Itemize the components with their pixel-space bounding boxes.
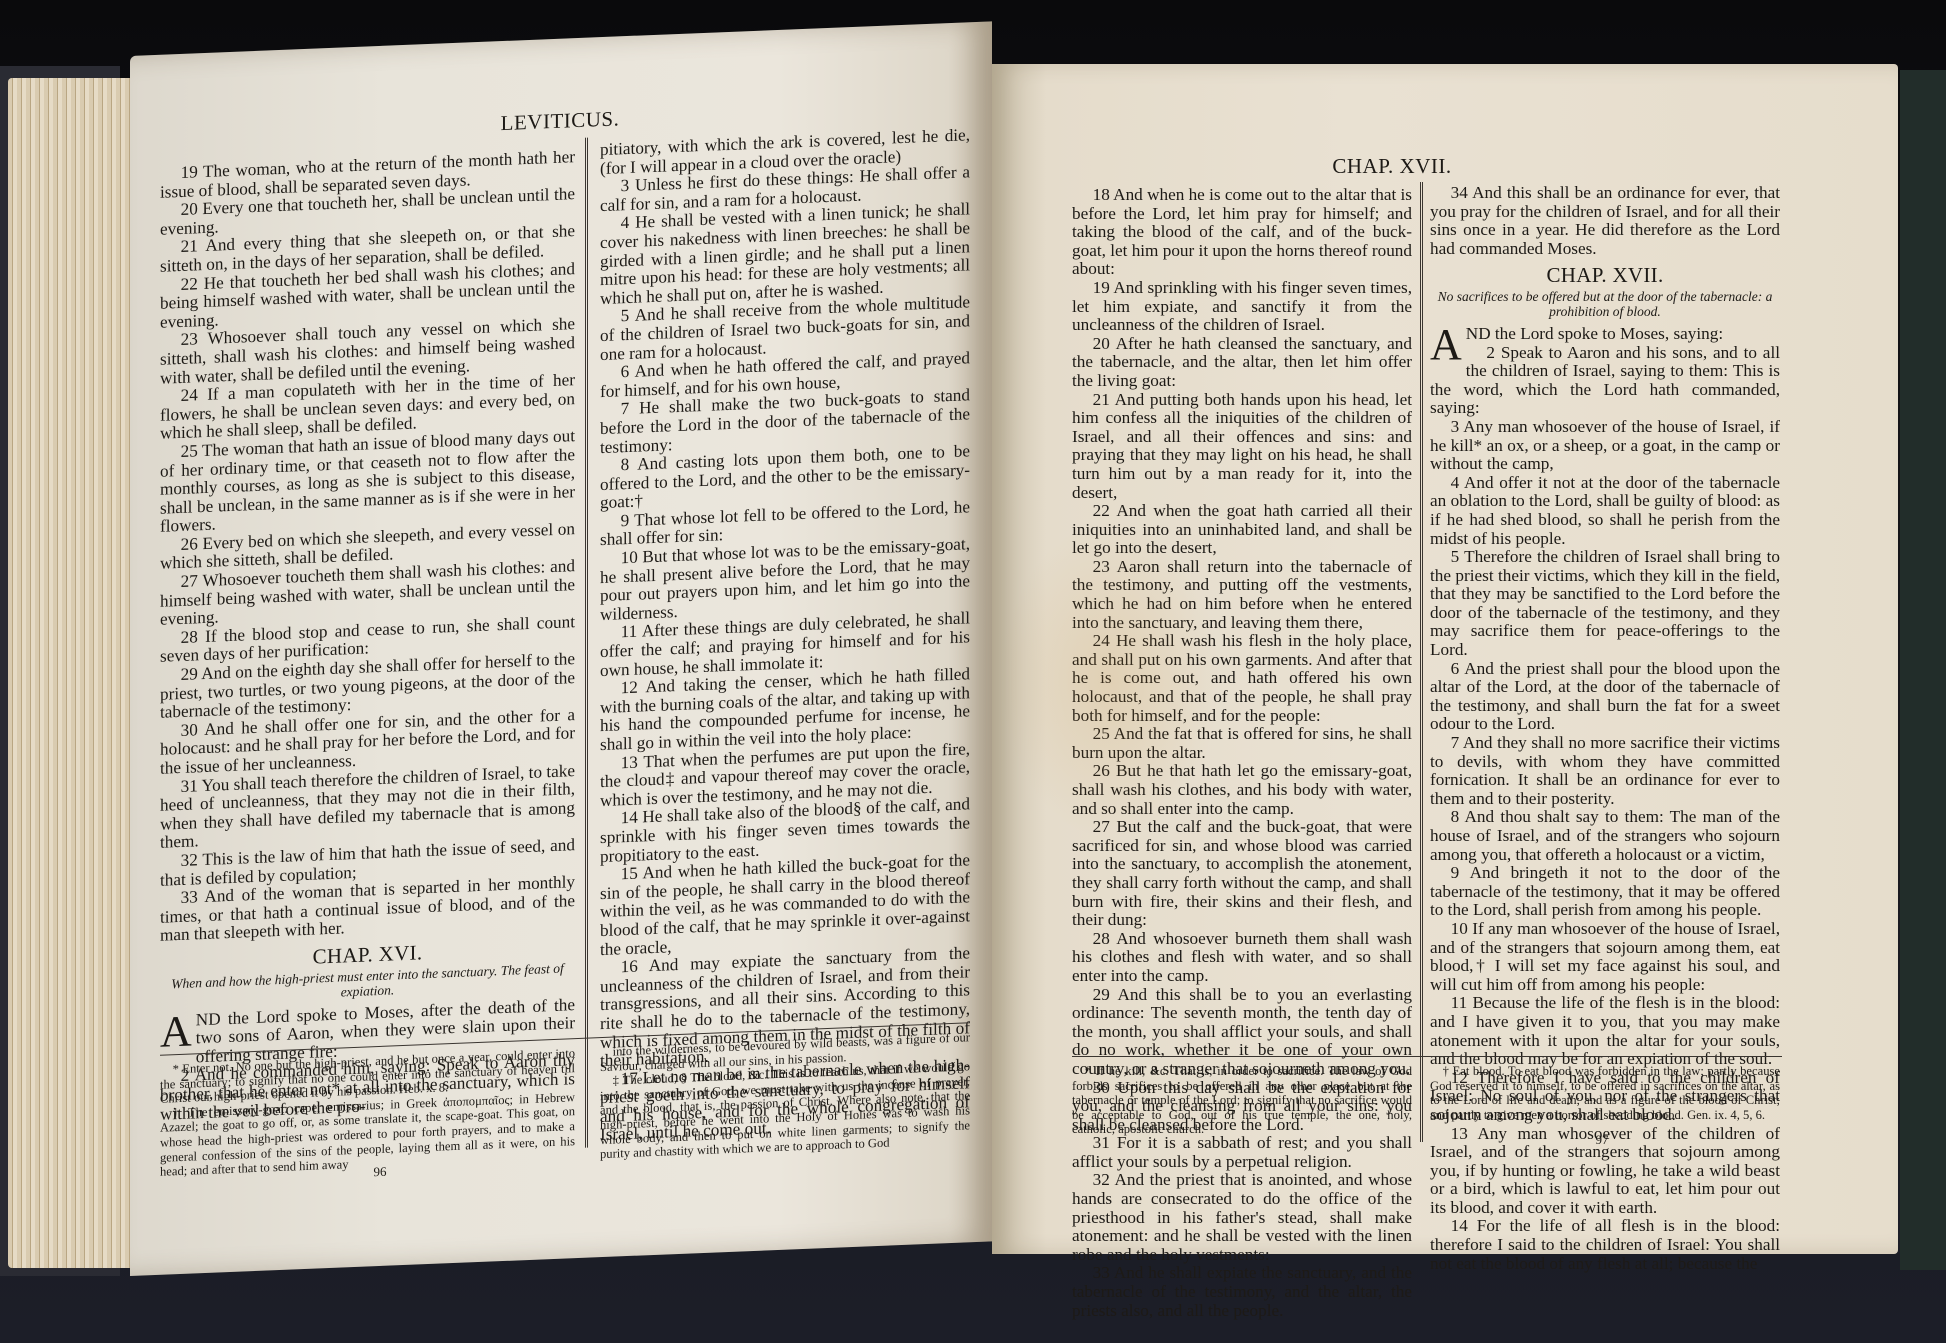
- verse: 6 And the priest shall pour the blood up…: [1430, 660, 1780, 734]
- running-head-right: CHAP. XVII.: [1292, 154, 1492, 179]
- footnote: * If he kill, &c. That is, in order to s…: [1072, 1064, 1412, 1137]
- footnotes-left-col-2: into the wilderness, to be devoured by w…: [600, 1030, 970, 1162]
- verse: 25 The woman that hath an issue of blood…: [160, 427, 575, 537]
- verse: 4 And offer it not at the door of the ta…: [1430, 474, 1780, 548]
- page-number-right: 97: [1582, 1132, 1622, 1148]
- verse: 26 But he that hath let go the emissary-…: [1072, 762, 1412, 818]
- left-page-column-2: pitiatory, with which the ark is covered…: [600, 126, 970, 1145]
- left-page-column-1: 19 The woman, who at the return of the m…: [160, 148, 575, 1124]
- verse: 24 He shall wash his flesh in the holy p…: [1072, 632, 1412, 725]
- verse: 21 And putting both hands upon his head,…: [1072, 391, 1412, 503]
- running-head-left: LEVITICUS.: [460, 105, 660, 138]
- right-page-column-1: 18 And when he is come out to the altar …: [1072, 186, 1412, 1320]
- verse-list: 34 And this shall be an ordinance for ev…: [1430, 184, 1780, 258]
- verse: 4 He shall be vested with a linen tunick…: [600, 201, 970, 309]
- footnotes-right-col-2: † Eat blood. To eat blood was forbidden …: [1430, 1064, 1780, 1122]
- verse-list: 18 And when he is come out to the altar …: [1072, 186, 1412, 1320]
- verse: 8 And thou shalt say to them: The man of…: [1430, 808, 1780, 864]
- verse: 9 And bringeth it not to the door of the…: [1430, 864, 1780, 920]
- verse-list: 19 The woman, who at the return of the m…: [160, 148, 575, 946]
- book-cover-right: [1900, 70, 1946, 1270]
- verse: 5 Therefore the children of Israel shall…: [1430, 548, 1780, 660]
- footnote: ‡ The cloud, § The blood, &c. This is to…: [600, 1059, 970, 1161]
- chapter-opening: AND the Lord spoke to Moses, saying:: [1430, 325, 1780, 344]
- page-number-left: 96: [360, 1163, 400, 1181]
- column-divider: [585, 138, 588, 1148]
- verse: 15 And when he hath killed the buck-goat…: [600, 851, 970, 959]
- verse: 25 And the fat that is offered for sins,…: [1072, 725, 1412, 762]
- column-divider: [1420, 182, 1423, 1142]
- verse: 31 For it is a sabbath of rest; and you …: [1072, 1134, 1412, 1171]
- drop-cap: A: [160, 1013, 192, 1050]
- left-page[interactable]: LEVITICUS. 19 The woman, who at the retu…: [130, 21, 992, 1276]
- verse: 14 For the life of all flesh is in the b…: [1430, 1217, 1780, 1273]
- verse: 11 Because the life of the flesh is in t…: [1430, 994, 1780, 1068]
- verse: 2 Speak to Aaron and his sons, and to al…: [1430, 344, 1780, 418]
- verse: 19 And sprinkling with his finger seven …: [1072, 279, 1412, 335]
- verse: 27 But the calf and the buck-goat, that …: [1072, 818, 1412, 930]
- footnotes-right-col-1: * If he kill, &c. That is, in order to s…: [1072, 1064, 1412, 1137]
- verse: 33 And he shall expiate the sanctuary, a…: [1072, 1264, 1412, 1320]
- verse: 18 And when he is come out to the altar …: [1072, 186, 1412, 279]
- page-edges-left: [8, 78, 148, 1268]
- verse: 28 And whosoever burneth them shall wash…: [1072, 930, 1412, 986]
- footnote: † Eat blood. To eat blood was forbidden …: [1430, 1064, 1780, 1122]
- drop-cap: A: [1430, 327, 1462, 363]
- verse: 32 And the priest that is anointed, and …: [1072, 1171, 1412, 1264]
- footnote-rule: [1072, 1056, 1782, 1057]
- right-page[interactable]: CHAP. XVII. 18 And when he is come out t…: [992, 64, 1898, 1254]
- chapter-summary: No sacrifices to be offered but at the d…: [1430, 289, 1780, 319]
- verse: 20 After he hath cleansed the sanctuary,…: [1072, 335, 1412, 391]
- verse: 10 If any man whosoever of the house of …: [1430, 920, 1780, 994]
- verse: 34 And this shall be an ordinance for ev…: [1430, 184, 1780, 258]
- verse-list: pitiatory, with which the ark is covered…: [600, 126, 970, 1145]
- verse: 3 Any man whosoever of the house of Isra…: [1430, 418, 1780, 474]
- footnotes-left-col-1: * Enter not. No one but the high-priest,…: [160, 1046, 575, 1179]
- verse: 23 Aaron shall return into the tabernacl…: [1072, 558, 1412, 632]
- verse: 22 And when the goat hath carried all th…: [1072, 502, 1412, 558]
- chapter-heading: CHAP. XVII.: [1430, 266, 1780, 285]
- verse: 7 And they shall no more sacrifice their…: [1430, 734, 1780, 808]
